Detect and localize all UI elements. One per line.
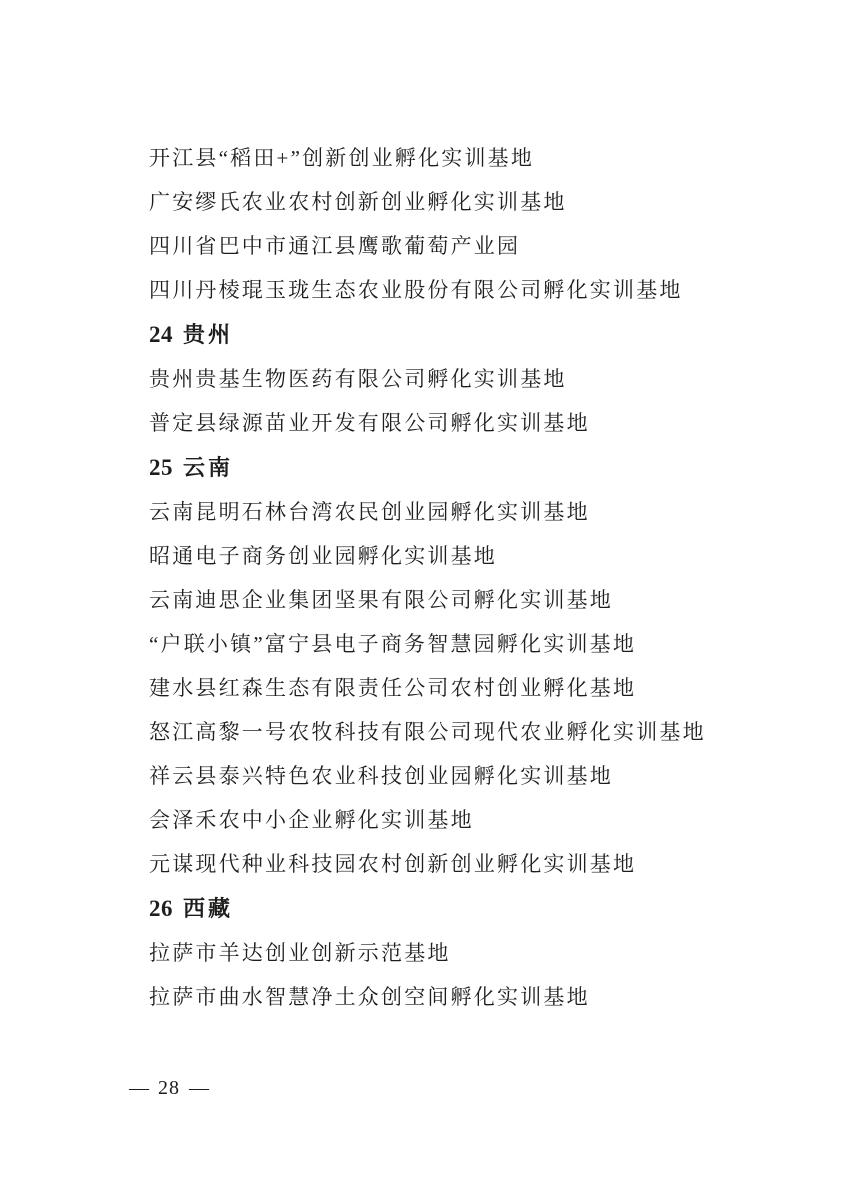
section-name: 贵州 [183,322,233,347]
section-heading-guizhou: 24贵州 [149,322,789,348]
list-entry: 贵州贵基生物医药有限公司孵化实训基地 [149,367,789,391]
list-entry: 云南迪思企业集团坚果有限公司孵化实训基地 [149,588,789,612]
footer-dash-right: — [189,1077,209,1099]
list-entry: 普定县绿源苗业开发有限公司孵化实训基地 [149,411,789,435]
footer-dash-left: — [129,1077,149,1099]
list-entry: 昭通电子商务创业园孵化实训基地 [149,544,789,568]
section-name: 云南 [183,455,233,480]
document-body: 开江县“稻田+”创新创业孵化实训基地 广安缪氏农业农村创新创业孵化实训基地 四川… [149,146,789,1029]
section-name: 西藏 [183,896,233,921]
section-number: 24 [149,322,173,347]
list-entry: 拉萨市羊达创业创新示范基地 [149,941,789,965]
list-entry: “户联小镇”富宁县电子商务智慧园孵化实训基地 [149,632,789,656]
list-entry: 会泽禾农中小企业孵化实训基地 [149,808,789,832]
page-footer: — 28 — [129,1077,209,1099]
list-entry: 祥云县泰兴特色农业科技创业园孵化实训基地 [149,764,789,788]
list-entry: 建水县红森生态有限责任公司农村创业孵化基地 [149,676,789,700]
section-number: 26 [149,896,173,921]
section-heading-yunnan: 25云南 [149,455,789,481]
list-entry: 四川省巴中市通江县鹰歌葡萄产业园 [149,234,789,258]
list-entry: 广安缪氏农业农村创新创业孵化实训基地 [149,190,789,214]
list-entry: 拉萨市曲水智慧净土众创空间孵化实训基地 [149,985,789,1009]
section-heading-xizang: 26西藏 [149,896,789,922]
list-entry: 云南昆明石林台湾农民创业园孵化实训基地 [149,500,789,524]
section-number: 25 [149,455,173,480]
list-entry: 四川丹棱琨玉珑生态农业股份有限公司孵化实训基地 [149,278,789,302]
page-number: 28 [156,1077,182,1099]
list-entry: 开江县“稻田+”创新创业孵化实训基地 [149,146,789,170]
list-entry: 怒江高黎一号农牧科技有限公司现代农业孵化实训基地 [149,720,789,744]
list-entry: 元谋现代种业科技园农村创新创业孵化实训基地 [149,852,789,876]
